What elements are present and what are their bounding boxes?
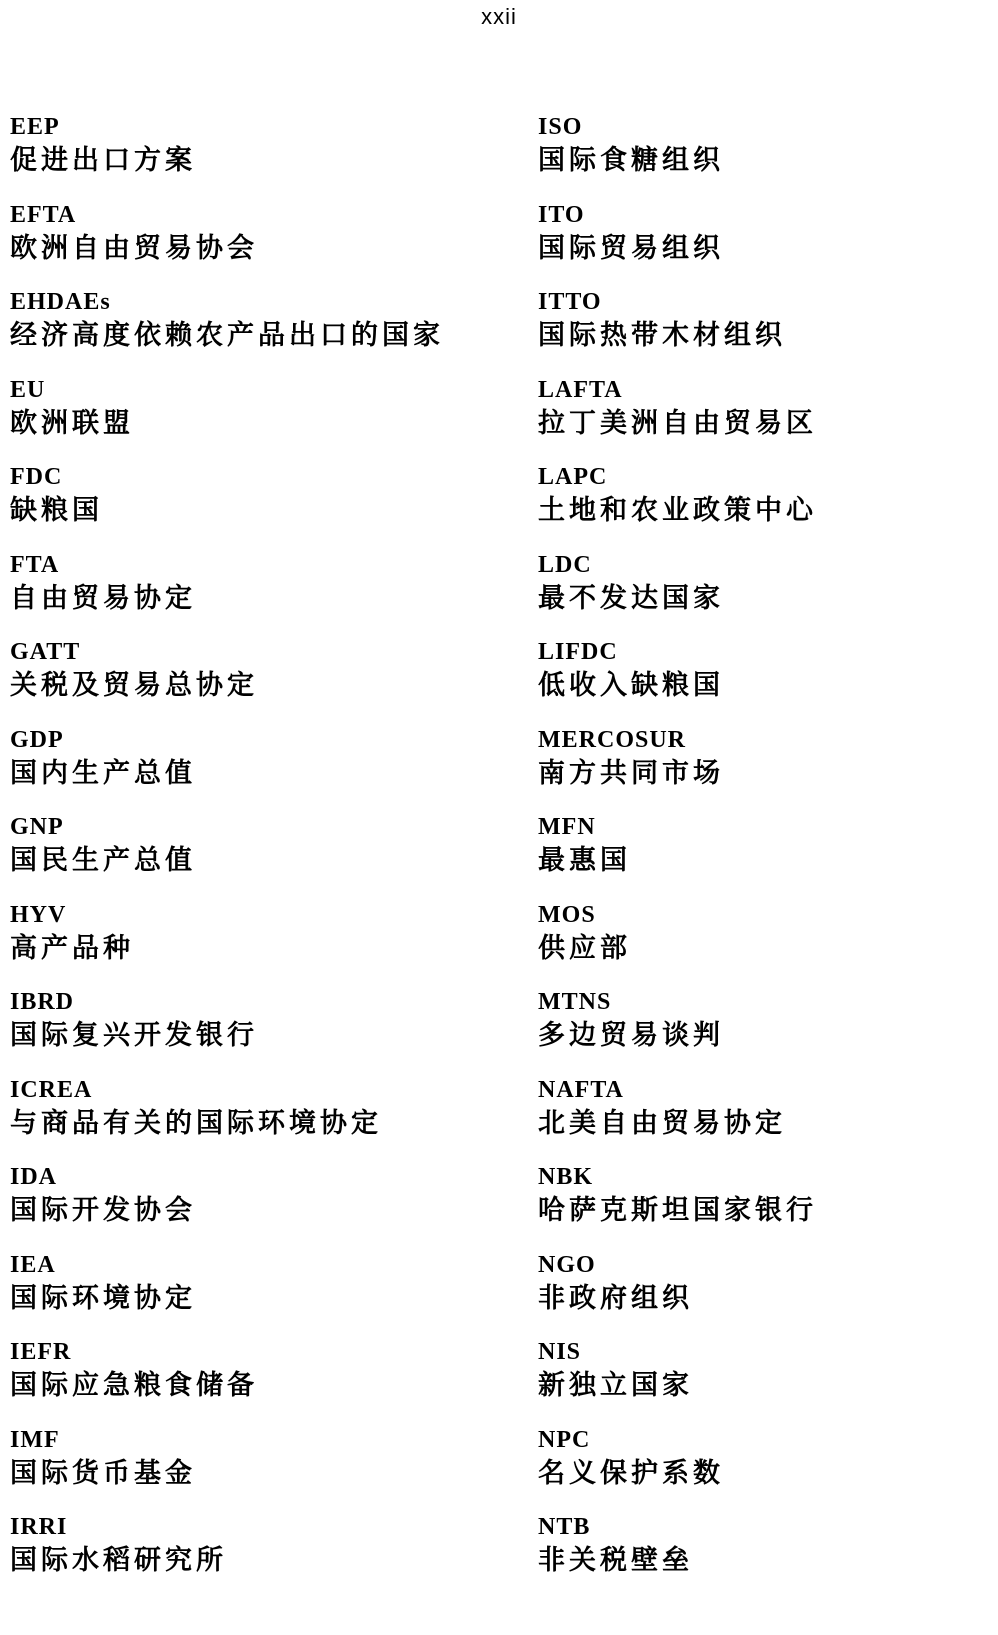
entry-translation: 哈萨克斯坦国家银行 — [538, 1192, 998, 1229]
glossary-entry: MOS供应部 — [538, 900, 998, 967]
entry-translation: 南方共同市场 — [538, 755, 998, 792]
glossary-entry: FDC缺粮国 — [10, 462, 538, 529]
entry-acronym: GNP — [10, 812, 538, 842]
entry-acronym: ISO — [538, 112, 998, 142]
glossary-entry: IBRD国际复兴开发银行 — [10, 987, 538, 1054]
entry-acronym: ITO — [538, 200, 998, 230]
entry-acronym: ITTO — [538, 287, 998, 317]
glossary-entry: GATT关税及贸易总协定 — [10, 637, 538, 704]
entry-translation: 最惠国 — [538, 842, 998, 879]
entry-translation: 国际复兴开发银行 — [10, 1017, 538, 1054]
entry-translation: 非关税壁垒 — [538, 1542, 998, 1579]
entry-translation: 国民生产总值 — [10, 842, 538, 879]
glossary-entry: IEFR国际应急粮食储备 — [10, 1337, 538, 1404]
glossary-column-right: ISO国际食糖组织ITO国际贸易组织ITTO国际热带木材组织LAFTA拉丁美洲自… — [538, 112, 998, 1600]
glossary-entry: ITO国际贸易组织 — [538, 200, 998, 267]
glossary-entry: MTNS多边贸易谈判 — [538, 987, 998, 1054]
entry-acronym: HYV — [10, 900, 538, 930]
glossary-entry: HYV高产品种 — [10, 900, 538, 967]
entry-acronym: IMF — [10, 1425, 538, 1455]
glossary-entry: ICREA与商品有关的国际环境协定 — [10, 1075, 538, 1142]
entry-translation: 关税及贸易总协定 — [10, 667, 538, 704]
glossary-entry: EEP促进出口方案 — [10, 112, 538, 179]
entry-acronym: LDC — [538, 550, 998, 580]
entry-acronym: MTNS — [538, 987, 998, 1017]
entry-acronym: IRRI — [10, 1512, 538, 1542]
glossary-entry: EFTA欧洲自由贸易协会 — [10, 200, 538, 267]
entry-acronym: NBK — [538, 1162, 998, 1192]
glossary-entry: IEA国际环境协定 — [10, 1250, 538, 1317]
entry-acronym: NGO — [538, 1250, 998, 1280]
entry-translation: 高产品种 — [10, 930, 538, 967]
entry-acronym: MOS — [538, 900, 998, 930]
entry-translation: 最不发达国家 — [538, 580, 998, 617]
entry-acronym: FTA — [10, 550, 538, 580]
entry-translation: 新独立国家 — [538, 1367, 998, 1404]
entry-acronym: EEP — [10, 112, 538, 142]
glossary-entry: IRRI国际水稻研究所 — [10, 1512, 538, 1579]
entry-translation: 国际货币基金 — [10, 1455, 538, 1492]
entry-translation: 促进出口方案 — [10, 142, 538, 179]
entry-acronym: NAFTA — [538, 1075, 998, 1105]
entry-acronym: LAPC — [538, 462, 998, 492]
entry-translation: 国际食糖组织 — [538, 142, 998, 179]
glossary-entry: GNP国民生产总值 — [10, 812, 538, 879]
entry-acronym: IEA — [10, 1250, 538, 1280]
glossary-entry: NGO非政府组织 — [538, 1250, 998, 1317]
entry-translation: 国际热带木材组织 — [538, 317, 998, 354]
glossary-entry: ITTO国际热带木材组织 — [538, 287, 998, 354]
entry-acronym: EHDAEs — [10, 287, 538, 317]
entry-acronym: FDC — [10, 462, 538, 492]
entry-translation: 低收入缺粮国 — [538, 667, 998, 704]
entry-translation: 国际应急粮食储备 — [10, 1367, 538, 1404]
entry-acronym: MFN — [538, 812, 998, 842]
glossary-entry: LAFTA拉丁美洲自由贸易区 — [538, 375, 998, 442]
entry-acronym: NIS — [538, 1337, 998, 1367]
entry-acronym: IDA — [10, 1162, 538, 1192]
entry-acronym: ICREA — [10, 1075, 538, 1105]
entry-translation: 名义保护系数 — [538, 1455, 998, 1492]
entry-acronym: IBRD — [10, 987, 538, 1017]
entry-translation: 国际贸易组织 — [538, 230, 998, 267]
entry-acronym: LIFDC — [538, 637, 998, 667]
entry-translation: 缺粮国 — [10, 492, 538, 529]
glossary-entry: FTA自由贸易协定 — [10, 550, 538, 617]
entry-translation: 经济高度依赖农产品出口的国家 — [10, 317, 538, 354]
page-number: xxii — [0, 0, 998, 30]
glossary-entry: NBK哈萨克斯坦国家银行 — [538, 1162, 998, 1229]
glossary-entry: LDC最不发达国家 — [538, 550, 998, 617]
glossary-entry: EU欧洲联盟 — [10, 375, 538, 442]
glossary-entry: NPC名义保护系数 — [538, 1425, 998, 1492]
glossary-entry: NIS新独立国家 — [538, 1337, 998, 1404]
entry-translation: 国际开发协会 — [10, 1192, 538, 1229]
entry-translation: 土地和农业政策中心 — [538, 492, 998, 529]
entry-translation: 国内生产总值 — [10, 755, 538, 792]
entry-translation: 自由贸易协定 — [10, 580, 538, 617]
entry-acronym: EFTA — [10, 200, 538, 230]
abbreviation-glossary: EEP促进出口方案EFTA欧洲自由贸易协会EHDAEs经济高度依赖农产品出口的国… — [0, 112, 998, 1600]
entry-acronym: EU — [10, 375, 538, 405]
glossary-entry: GDP国内生产总值 — [10, 725, 538, 792]
entry-translation: 国际水稻研究所 — [10, 1542, 538, 1579]
entry-acronym: IEFR — [10, 1337, 538, 1367]
entry-acronym: GDP — [10, 725, 538, 755]
glossary-entry: LAPC土地和农业政策中心 — [538, 462, 998, 529]
glossary-entry: IDA国际开发协会 — [10, 1162, 538, 1229]
entry-translation: 供应部 — [538, 930, 998, 967]
entry-acronym: MERCOSUR — [538, 725, 998, 755]
entry-acronym: NPC — [538, 1425, 998, 1455]
entry-translation: 与商品有关的国际环境协定 — [10, 1105, 538, 1142]
entry-translation: 非政府组织 — [538, 1280, 998, 1317]
entry-translation: 多边贸易谈判 — [538, 1017, 998, 1054]
entry-translation: 国际环境协定 — [10, 1280, 538, 1317]
entry-acronym: NTB — [538, 1512, 998, 1542]
glossary-column-left: EEP促进出口方案EFTA欧洲自由贸易协会EHDAEs经济高度依赖农产品出口的国… — [10, 112, 538, 1600]
entry-translation: 拉丁美洲自由贸易区 — [538, 405, 998, 442]
glossary-entry: ISO国际食糖组织 — [538, 112, 998, 179]
entry-translation: 欧洲自由贸易协会 — [10, 230, 538, 267]
entry-acronym: LAFTA — [538, 375, 998, 405]
document-page: xxii EEP促进出口方案EFTA欧洲自由贸易协会EHDAEs经济高度依赖农产… — [0, 0, 998, 1635]
glossary-entry: LIFDC低收入缺粮国 — [538, 637, 998, 704]
glossary-entry: MFN最惠国 — [538, 812, 998, 879]
glossary-entry: MERCOSUR南方共同市场 — [538, 725, 998, 792]
entry-acronym: GATT — [10, 637, 538, 667]
entry-translation: 欧洲联盟 — [10, 405, 538, 442]
glossary-entry: EHDAEs经济高度依赖农产品出口的国家 — [10, 287, 538, 354]
glossary-entry: NAFTA北美自由贸易协定 — [538, 1075, 998, 1142]
glossary-entry: IMF国际货币基金 — [10, 1425, 538, 1492]
glossary-entry: NTB非关税壁垒 — [538, 1512, 998, 1579]
entry-translation: 北美自由贸易协定 — [538, 1105, 998, 1142]
